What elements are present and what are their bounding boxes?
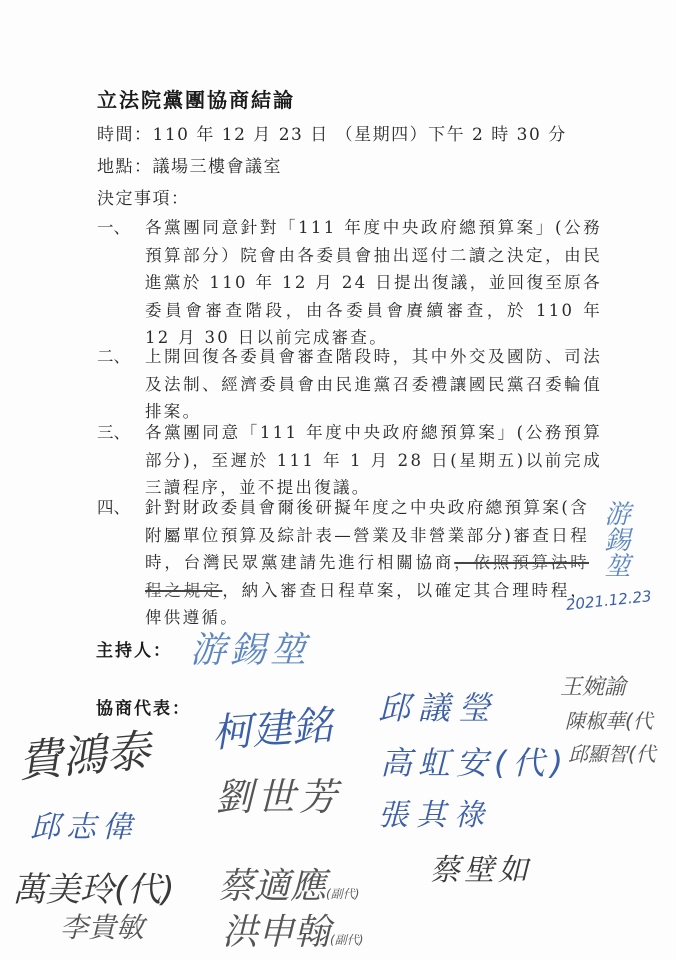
signature: 王婉諭 [560,670,626,701]
signature: 邱志偉 [30,802,138,846]
item-text: 上開回復各委員會審查階段時，其中外交及國防、司法及法制、經濟委員會由民進黨召委禮… [145,343,602,426]
signature: 劉世芳 [215,766,341,821]
signature: 邱議瑩 [378,683,498,729]
chair-signature: 游錫堃 [190,622,310,673]
decision-item-4: 四、 針對財政委員會爾後研擬年度之中央政府總預算案(含附屬單位預算及綜計表—營業… [97,494,589,632]
signature: 柯建銘 [210,694,334,759]
signature: 蔡適應(副代) [218,858,359,909]
decisions-heading: 決定事項： [97,184,190,209]
decision-item-3: 三、 各黨團同意「111 年度中央政府總預算案」(公務預算部分)，至遲於 111… [97,419,602,502]
signature: 高虹安(代) [380,738,569,784]
signature: 費鴻泰 [15,715,152,790]
signature: 邱顯智(代 [568,738,656,767]
decision-item-1: 一、 各黨團同意針對「111 年度中央政府總預算案」(公務預算部分）院會由各委員… [97,214,602,352]
signature: 萬美玲(代) [12,862,175,911]
margin-initial-signature: 游錫堃 [598,500,632,578]
signature: 李貴敏 [60,906,144,946]
document-title: 立法院黨團協商結論 [97,84,295,113]
chair-label: 主持人： [96,636,172,661]
signature: 蔡壁如 [430,845,532,889]
item-number: 四、 [97,494,145,522]
signature: 陳椒華(代 [565,705,653,734]
meeting-time: 時間：110 年 12 月 23 日 （星期四）下午 2 時 30 分 [97,120,567,145]
item-text: 各黨團同意「111 年度中央政府總預算案」(公務預算部分)，至遲於 111 年 … [145,419,602,502]
decision-item-2: 二、 上開回復各委員會審查階段時，其中外交及國防、司法及法制、經濟委員會由民進黨… [97,343,602,426]
item-number: 一、 [97,214,145,242]
meeting-place: 地點：議場三樓會議室 [97,152,282,177]
signature: 張其祿 [378,790,492,834]
item-number: 二、 [97,343,145,371]
item-text: 針對財政委員會爾後研擬年度之中央政府總預算案(含附屬單位預算及綜計表—營業及非營… [145,494,589,632]
signature: 洪申翰(副代) [222,904,363,955]
item-text: 各黨團同意針對「111 年度中央政府總預算案」(公務預算部分）院會由各委員會抽出… [145,214,602,352]
item-number: 三、 [97,419,145,447]
